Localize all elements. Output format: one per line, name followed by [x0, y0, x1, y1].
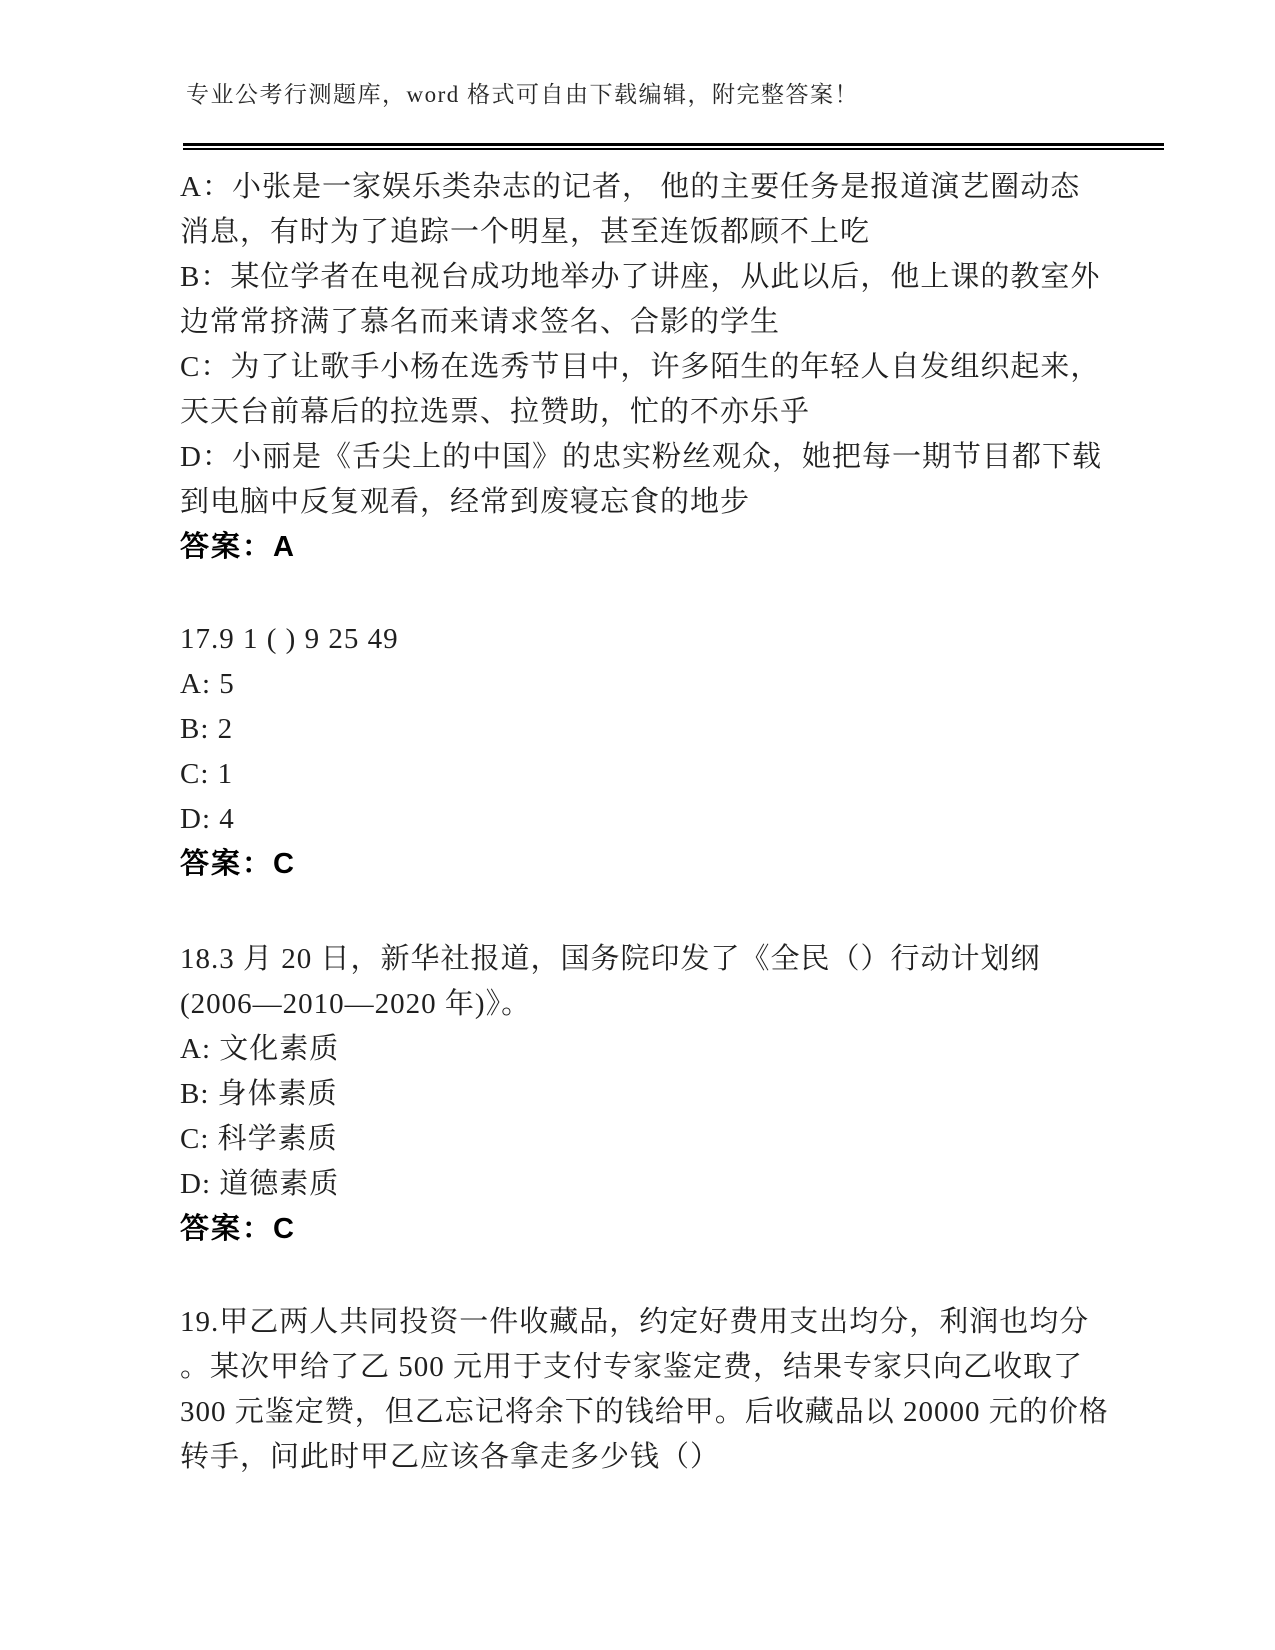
option-line: D：小丽是《舌尖上的中国》的忠实粉丝观众，她把每一期节目都下载: [180, 435, 1110, 480]
answer-line: 答案：A: [180, 525, 1110, 570]
header-divider: [183, 143, 1164, 150]
option-line: C：为了让歌手小杨在选秀节目中，许多陌生的年轻人自发组织起来，: [180, 345, 1110, 390]
question-stem-line: 300 元鉴定赞，但乙忘记将余下的钱给甲。后收藏品以 20000 元的价格: [180, 1390, 1110, 1435]
option-line: D: 道德素质: [180, 1162, 1110, 1207]
option-line: 边常常挤满了慕名而来请求签名、合影的学生: [180, 300, 1110, 345]
question-block-19: 19.甲乙两人共同投资一件收藏品，约定好费用支出均分，利润也均分 。某次甲给了乙…: [180, 1300, 1110, 1480]
option-line: 消息，有时为了追踪一个明星，甚至连饭都顾不上吃: [180, 210, 1110, 255]
option-line: C: 1: [180, 752, 1110, 797]
option-line: B: 2: [180, 707, 1110, 752]
document-page: 专业公考行测题库，word 格式可自由下载编辑，附完整答案！ A：小张是一家娱乐…: [0, 0, 1275, 1650]
option-line: A: 文化素质: [180, 1027, 1110, 1072]
question-stem-line: 转手，问此时甲乙应该各拿走多少钱（）: [180, 1435, 1110, 1480]
question-block-options: A：小张是一家娱乐类杂志的记者， 他的主要任务是报道演艺圈动态 消息，有时为了追…: [180, 165, 1110, 570]
option-line: B: 身体素质: [180, 1072, 1110, 1117]
option-line: B：某位学者在电视台成功地举办了讲座，从此以后，他上课的教室外: [180, 255, 1110, 300]
question-block-18: 18.3 月 20 日，新华社报道，国务院印发了《全民（）行动计划纲 (2006…: [180, 937, 1110, 1252]
page-header-note: 专业公考行测题库，word 格式可自由下载编辑，附完整答案！: [186, 76, 859, 109]
answer-line: 答案：C: [180, 1207, 1110, 1252]
question-stem-line: 18.3 月 20 日，新华社报道，国务院印发了《全民（）行动计划纲: [180, 937, 1110, 982]
question-block-17: 17.9 1 ( ) 9 25 49 A: 5 B: 2 C: 1 D: 4 答…: [180, 617, 1110, 887]
answer-line: 答案：C: [180, 842, 1110, 887]
option-line: A: 5: [180, 662, 1110, 707]
question-stem-line: 19.甲乙两人共同投资一件收藏品，约定好费用支出均分，利润也均分: [180, 1300, 1110, 1345]
option-line: A：小张是一家娱乐类杂志的记者， 他的主要任务是报道演艺圈动态: [180, 165, 1110, 210]
option-line: 天天台前幕后的拉选票、拉赞助，忙的不亦乐乎: [180, 390, 1110, 435]
question-stem-line: 17.9 1 ( ) 9 25 49: [180, 617, 1110, 662]
question-stem-line: (2006—2010—2020 年)》。: [180, 982, 1110, 1027]
question-stem-line: 。某次甲给了乙 500 元用于支付专家鉴定费，结果专家只向乙收取了: [180, 1345, 1110, 1390]
option-line: 到电脑中反复观看，经常到废寝忘食的地步: [180, 480, 1110, 525]
option-line: C: 科学素质: [180, 1117, 1110, 1162]
option-line: D: 4: [180, 797, 1110, 842]
